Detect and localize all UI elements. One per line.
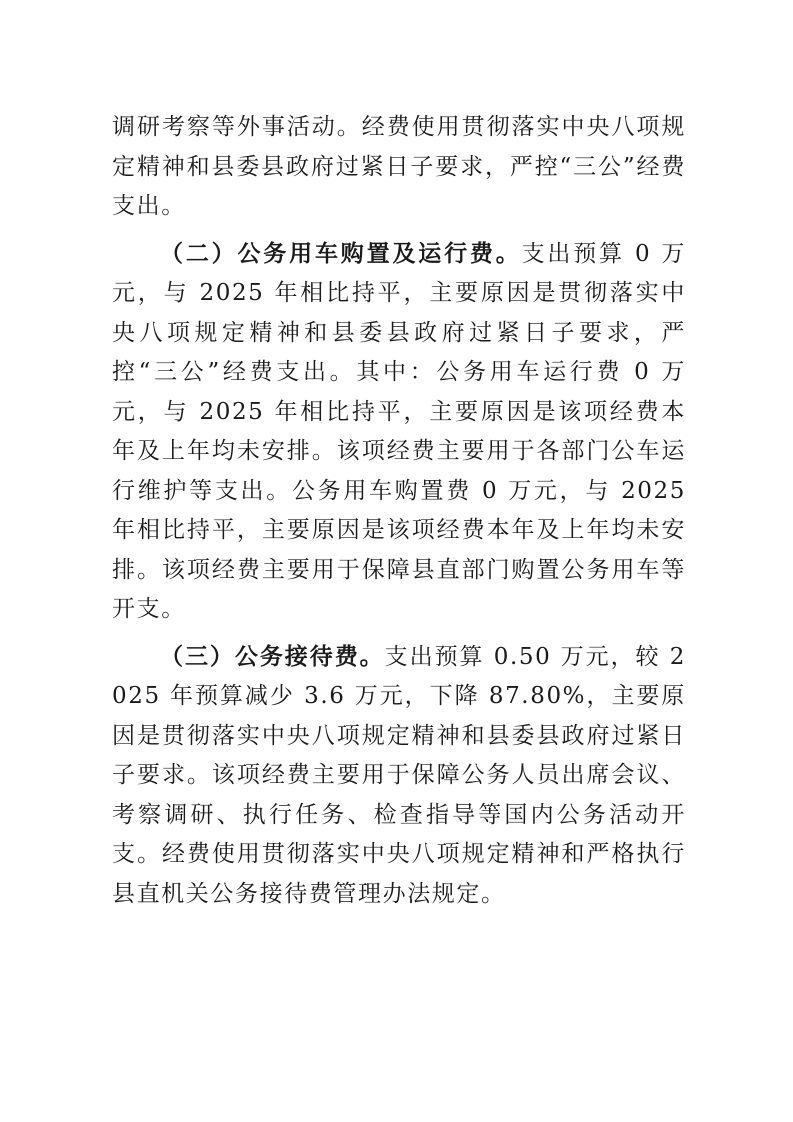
paragraph-vehicle-expenses: （二）公务用车购置及运行费。支出预算 0 万元，与 2025 年相比持平，主要原… (112, 235, 686, 630)
section-heading-reception: （三）公务接待费。 (160, 644, 385, 670)
section-heading-vehicle: （二）公务用车购置及运行费。 (160, 241, 522, 267)
document-page: 调研考察等外事活动。经费使用贯彻落实中央八项规定精神和县委县政府过紧日子要求，严… (112, 108, 686, 914)
paragraph-reception-expenses: （三）公务接待费。支出预算 0.50 万元，较 2025 年预算减少 3.6 万… (112, 638, 686, 915)
paragraph-text: 支出预算 0.50 万元，较 2025 年预算减少 3.6 万元，下降 87.8… (112, 644, 686, 907)
paragraph-continued: 调研考察等外事活动。经费使用贯彻落实中央八项规定精神和县委县政府过紧日子要求，严… (112, 108, 686, 227)
paragraph-text: 支出预算 0 万元，与 2025 年相比持平，主要原因是贯彻落实中央八项规定精神… (112, 241, 686, 623)
paragraph-text: 调研考察等外事活动。经费使用贯彻落实中央八项规定精神和县委县政府过紧日子要求，严… (112, 114, 686, 219)
